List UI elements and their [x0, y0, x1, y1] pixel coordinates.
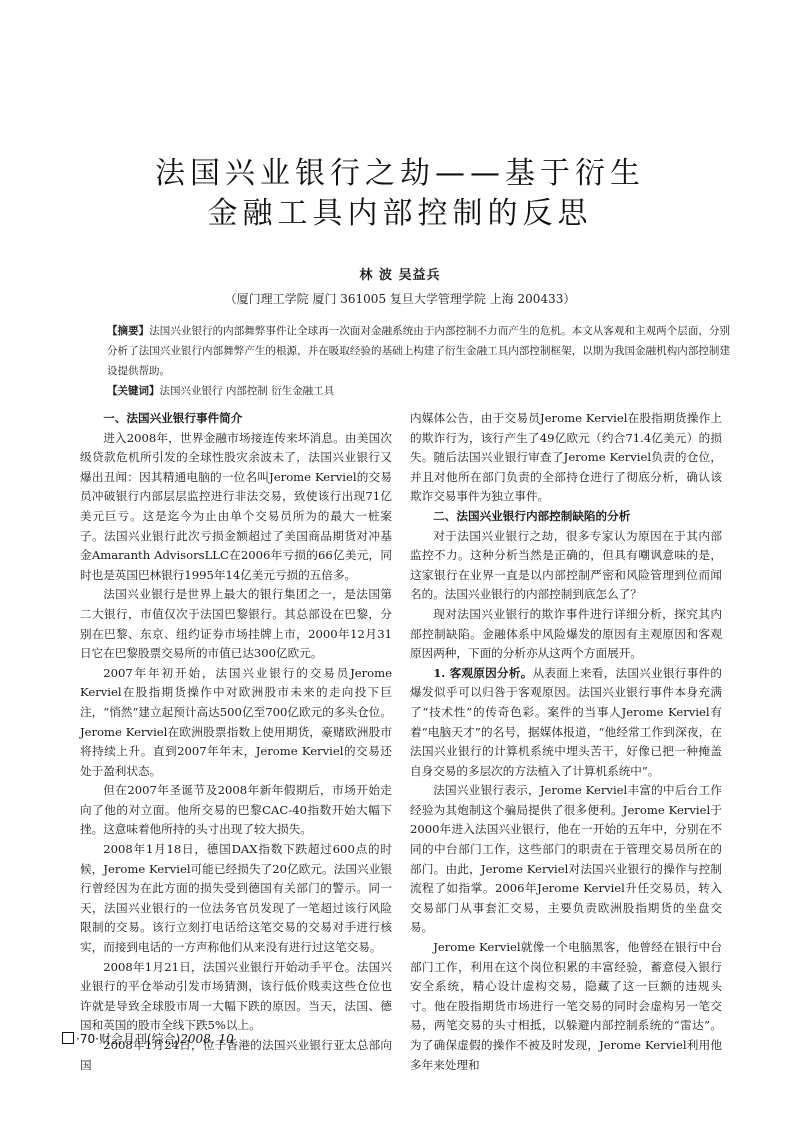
authors: 林 波 吴益兵 — [0, 264, 800, 283]
journal-name: 财会月刊(综合) — [99, 1032, 180, 1046]
section-heading-1: 一、法国兴业银行事件简介 — [80, 409, 392, 429]
abstract: 【摘要】法国兴业银行的内部舞弊事件让全球再一次面对金融系统由于内部控制不力而产生… — [85, 321, 730, 381]
page-number: ·70· — [76, 1032, 99, 1046]
article-title-line-1: 法国兴业银行之劫——基于衍生 — [0, 148, 800, 192]
paragraph: 现对法国兴业银行的欺诈事件进行详细分析，探究其内部控制缺陷。金融体系中风险爆发的… — [410, 605, 722, 664]
square-icon — [62, 1032, 74, 1044]
paragraph-continued: 内媒体公告，由于交易员Jerome Kerviel在股指期货操作上的欺诈行为，该… — [410, 409, 722, 507]
right-column: 内媒体公告，由于交易员Jerome Kerviel在股指期货操作上的欺诈行为，该… — [410, 409, 722, 1075]
paragraph: 法国兴业银行表示，Jerome Kerviel丰富的中后台工作经验为其炮制这个骗… — [410, 781, 722, 938]
article-title-line-2: 金融工具内部控制的反思 — [0, 188, 800, 232]
paragraph: 1. 客观原因分析。从表面上来看，法国兴业银行事件的爆发似乎可以归咎于客观原因。… — [410, 664, 722, 782]
abstract-text: 法国兴业银行的内部舞弊事件让全球再一次面对金融系统由于内部控制不力而产生的危机。… — [107, 325, 730, 377]
paragraph: 2008年1月21日，法国兴业银行开始动手平仓。法国兴业银行的平仓举动引发市场猜… — [80, 958, 392, 1036]
page-footer: ·70·财会月刊(综合)2008. 10 — [62, 1030, 234, 1047]
paragraph: Jerome Kerviel就像一个电脑黑客，他曾经在银行中台部门工作，利用在这… — [410, 938, 722, 1075]
keywords-label: 【关键词】 — [107, 385, 160, 397]
section-heading-2: 二、法国兴业银行内部控制缺陷的分析 — [410, 507, 722, 527]
paragraph-text: 从表面上来看，法国兴业银行事件的爆发似乎可以归咎于客观原因。法国兴业银行事件本身… — [410, 666, 722, 778]
paragraph: 2007年年初开始，法国兴业银行的交易员Jerome Kerviel在股指期货操… — [80, 664, 392, 782]
paragraph: 对于法国兴业银行之劫，很多专家认为原因在于其内部监控不力。这种分析当然是正确的，… — [410, 527, 722, 605]
paragraph: 法国兴业银行是世界上最大的银行集团之一，是法国第二大银行，市值仅次于法国巴黎银行… — [80, 585, 392, 663]
keywords-text: 法国兴业银行 内部控制 衍生金融工具 — [160, 385, 335, 397]
left-column: 一、法国兴业银行事件简介 进入2008年，世界金融市场接连传来坏消息。由美国次级… — [80, 409, 392, 1075]
subsection-label: 1. 客观原因分析。 — [433, 666, 532, 680]
affiliation: （厦门理工学院 厦门 361005 复旦大学管理学院 上海 200433） — [0, 290, 800, 307]
issue-number: 2008. 10 — [180, 1032, 233, 1046]
abstract-block: 【摘要】法国兴业银行的内部舞弊事件让全球再一次面对金融系统由于内部控制不力而产生… — [85, 321, 730, 401]
abstract-label: 【摘要】 — [107, 325, 149, 337]
paragraph: 2008年1月18日，德国DAX指数下跌超过600点的时候，Jerome Ker… — [80, 840, 392, 958]
paragraph: 但在2007年圣诞节及2008年新年假期后，市场开始走向了他的对立面。他所交易的… — [80, 781, 392, 840]
paragraph: 进入2008年，世界金融市场接连传来坏消息。由美国次级贷款危机所引发的全球性股灾… — [80, 429, 392, 586]
keywords: 【关键词】法国兴业银行 内部控制 衍生金融工具 — [85, 381, 730, 401]
